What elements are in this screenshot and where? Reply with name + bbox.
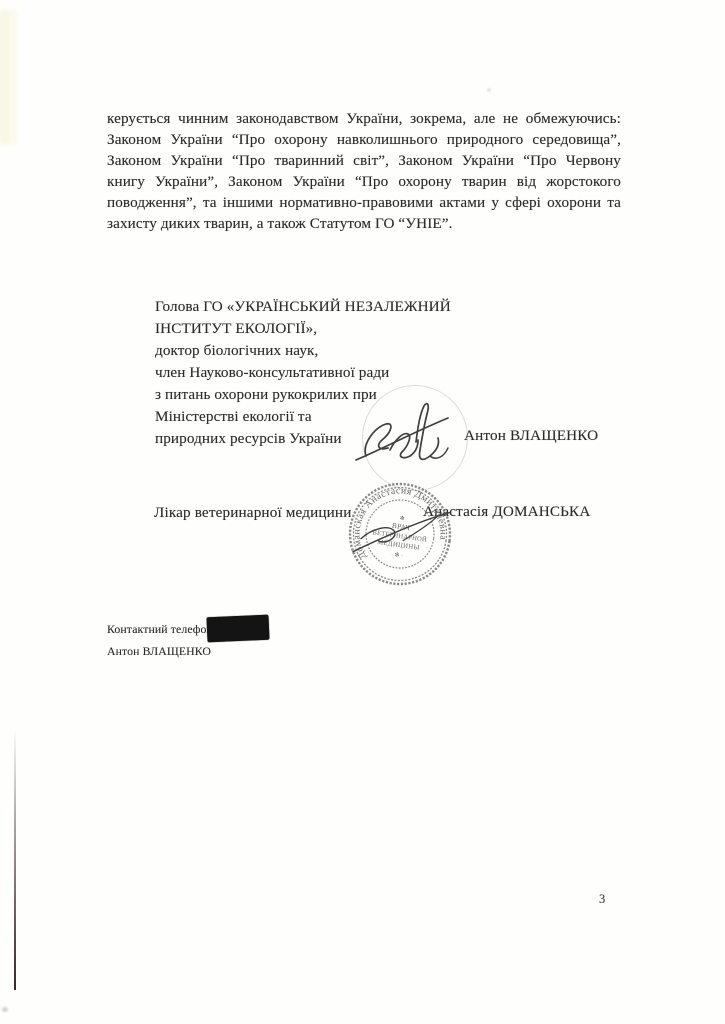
- scan-speck: [487, 88, 491, 92]
- handwritten-signature: [352, 398, 452, 476]
- scan-speck: [2, 1007, 8, 1012]
- paragraph-line: захисту диких тварин, а також Статутом Г…: [107, 214, 621, 235]
- contact-name: Антон ВЛАЩЕНКО: [107, 643, 211, 660]
- paragraph-line: Законом України “Про охорону навколишньо…: [107, 130, 621, 151]
- paragraph-line: Законом України “Про тваринний світ”, За…: [107, 151, 621, 172]
- paragraph-line: керується чинним законодавством України,…: [107, 109, 621, 130]
- scanned-document-page: керується чинним законодавством України,…: [0, 0, 725, 1024]
- body-paragraph: керується чинним законодавством України,…: [107, 109, 621, 234]
- signer1-title-line: член Науково-консультативної ради: [155, 362, 485, 384]
- stamp-ornament: · ✻ ·: [391, 551, 404, 560]
- paragraph-line: книгу України”, Законом України “Про охо…: [107, 172, 621, 193]
- round-stamp: Доманская Анастасия Дмитриевна ✻ ВРАЧ ВЕ…: [341, 475, 458, 592]
- signer1-title-line: доктор біологічних наук,: [155, 340, 485, 362]
- redacted-phone-number: [206, 615, 269, 643]
- scan-line-artifact: [14, 728, 16, 990]
- signer2-title: Лікар ветеринарної медицини: [154, 504, 352, 522]
- signer1-title-line: ІНСТИТУТ ЕКОЛОГІЇ»,: [155, 318, 485, 340]
- signer1-name: Антон ВЛАЩЕНКО: [464, 427, 598, 445]
- paragraph-line: поводження”, та іншими нормативно-правов…: [107, 193, 621, 214]
- page-number: 3: [599, 892, 605, 907]
- signer1-title-line: Голова ГО «УКРАЇНСЬКИЙ НЕЗАЛЕЖНИЙ: [155, 296, 485, 318]
- scan-smudge-artifact: [0, 10, 22, 145]
- contact-phone-label: Контактний телефон:: [107, 621, 216, 638]
